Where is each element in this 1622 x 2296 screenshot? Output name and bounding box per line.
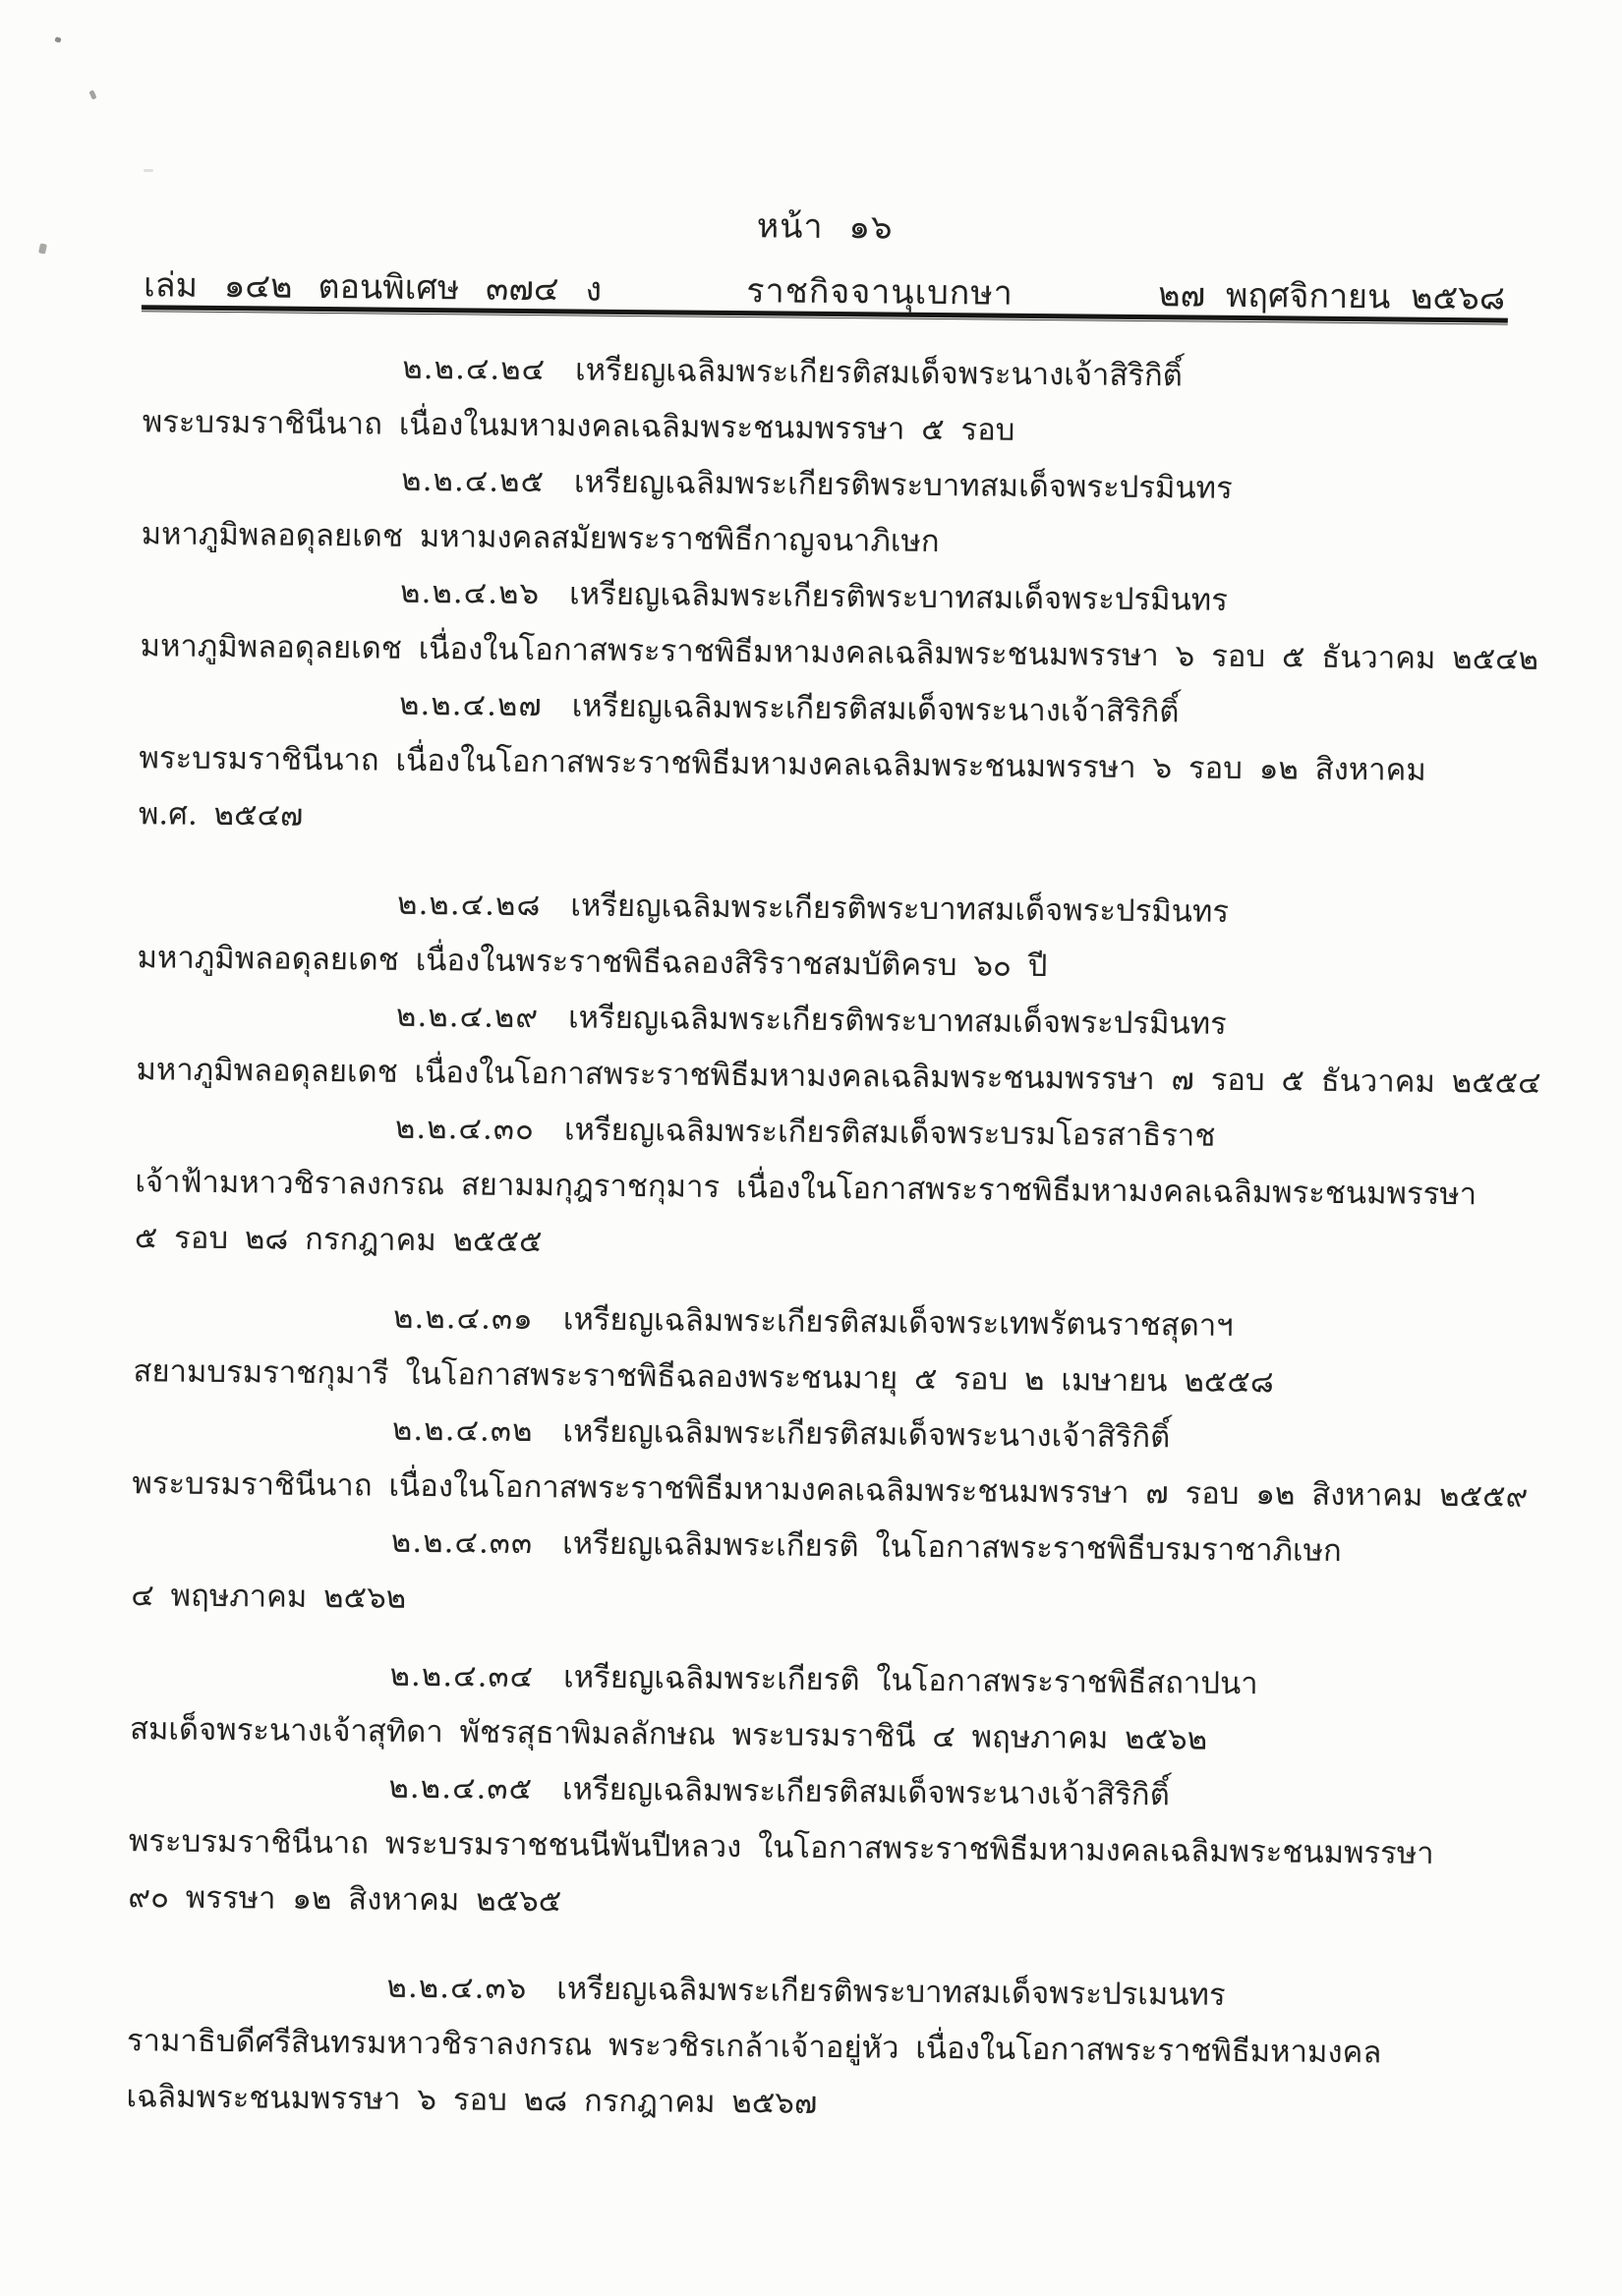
- item-text: เหรียญเฉลิมพระเกียรติพระบาทสมเด็จพระปรมิ…: [574, 464, 1233, 505]
- item-number: ๒.๒.๔.๓๒: [392, 1412, 534, 1449]
- medal-item-2-2-4-34: ๒.๒.๔.๓๔เหรียญเฉลิมพระเกียรติ ในโอกาสพระ…: [130, 1645, 1507, 1770]
- item-number: ๒.๒.๔.๒๙: [396, 999, 539, 1035]
- item-text: เหรียญเฉลิมพระเกียรติพระบาทสมเด็จพระปรมิ…: [568, 1000, 1227, 1041]
- page-number-label: หน้า ๑๖: [145, 193, 1506, 258]
- item-text: เหรียญเฉลิมพระเกียรติสมเด็จพระนางเจ้าสิร…: [575, 352, 1183, 393]
- medal-item-2-2-4-24: ๒.๒.๔.๒๔เหรียญเฉลิมพระเกียรติสมเด็จพระนา…: [143, 338, 1520, 463]
- medal-item-2-2-4-36: ๒.๒.๔.๓๖เหรียญเฉลิมพระเกียรติพระบาทสมเด็…: [126, 1957, 1504, 2138]
- scanned-page: หน้า ๑๖ เล่ม ๑๔๒ตอนพิเศษ ๓๗๔ ง ราชกิจจาน…: [0, 0, 1622, 2296]
- item-text: เหรียญเฉลิมพระเกียรติสมเด็จพระเทพรัตนราช…: [563, 1301, 1234, 1344]
- scan-speck: [88, 89, 96, 99]
- medal-item-2-2-4-31: ๒.๒.๔.๓๑เหรียญเฉลิมพระเกียรติสมเด็จพระเท…: [133, 1288, 1510, 1412]
- gazette-header: หน้า ๑๖ เล่ม ๑๔๒ตอนพิเศษ ๓๗๔ ง ราชกิจจาน…: [144, 193, 1506, 323]
- item-number: ๒.๒.๔.๓๐: [395, 1111, 535, 1147]
- medal-item-2-2-4-28: ๒.๒.๔.๒๘เหรียญเฉลิมพระเกียรติพระบาทสมเด็…: [137, 874, 1514, 999]
- item-text: เหรียญเฉลิมพระเกียรติสมเด็จพระนางเจ้าสิร…: [572, 688, 1180, 729]
- item-number: ๒.๒.๔.๒๕: [401, 463, 545, 499]
- item-number: ๒.๒.๔.๒๗: [399, 687, 543, 723]
- item-text: เหรียญเฉลิมพระเกียรติสมเด็จพระนางเจ้าสิร…: [562, 1413, 1170, 1455]
- section-label: ตอนพิเศษ ๓๗๔ ง: [318, 267, 602, 310]
- page-content: หน้า ๑๖ เล่ม ๑๔๒ตอนพิเศษ ๓๗๔ ง ราชกิจจาน…: [2, 0, 1622, 15]
- medal-item-2-2-4-26: ๒.๒.๔.๒๖เหรียญเฉลิมพระเกียรติพระบาทสมเด็…: [140, 562, 1517, 687]
- item-text: เหรียญเฉลิมพระเกียรติ ในโอกาสพระราชพิธีบ…: [562, 1525, 1342, 1569]
- item-number: ๒.๒.๔.๓๓: [391, 1524, 534, 1561]
- item-text: เหรียญเฉลิมพระเกียรติ ในโอกาสพระราชพิธีส…: [563, 1659, 1258, 1701]
- item-number: ๒.๒.๔.๓๔: [389, 1658, 534, 1694]
- item-text: เหรียญเฉลิมพระเกียรติสมเด็จพระบรมโอรสาธิ…: [564, 1112, 1216, 1153]
- item-number: ๒.๒.๔.๓๑: [393, 1300, 534, 1337]
- volume-label: เล่ม ๑๔๒: [144, 265, 293, 306]
- medal-item-2-2-4-27: ๒.๒.๔.๒๗เหรียญเฉลิมพระเกียรติสมเด็จพระนา…: [139, 674, 1517, 855]
- item-number: ๒.๒.๔.๒๔: [402, 351, 546, 387]
- medal-item-2-2-4-25: ๒.๒.๔.๒๕เหรียญเฉลิมพระเกียรติพระบาทสมเด็…: [141, 450, 1518, 575]
- medal-item-2-2-4-32: ๒.๒.๔.๓๒เหรียญเฉลิมพระเกียรติสมเด็จพระนา…: [132, 1400, 1509, 1524]
- item-number: ๒.๒.๔.๒๘: [397, 887, 542, 923]
- item-text: เหรียญเฉลิมพระเกียรติสมเด็จพระนางเจ้าสิร…: [562, 1771, 1170, 1812]
- medal-item-2-2-4-35: ๒.๒.๔.๓๕เหรียญเฉลิมพระเกียรติสมเด็จพระนา…: [128, 1757, 1506, 1938]
- item-number: ๒.๒.๔.๓๖: [386, 1970, 527, 2006]
- medal-item-2-2-4-33: ๒.๒.๔.๓๓เหรียญเฉลิมพระเกียรติ ในโอกาสพระ…: [131, 1512, 1508, 1636]
- item-text: เหรียญเฉลิมพระเกียรติพระบาทสมเด็จพระปรมิ…: [569, 576, 1228, 617]
- item-number: ๒.๒.๔.๓๕: [388, 1770, 533, 1807]
- item-number: ๒.๒.๔.๒๖: [400, 575, 540, 611]
- scan-speck: [144, 169, 153, 172]
- medal-item-2-2-4-30: ๒.๒.๔.๓๐เหรียญเฉลิมพระเกียรติสมเด็จพระบร…: [135, 1098, 1513, 1279]
- item-text: เหรียญเฉลิมพระเกียรติพระบาทสมเด็จพระปรเม…: [556, 1971, 1226, 2013]
- scan-speck: [38, 243, 47, 254]
- document-body: ๒.๒.๔.๒๔เหรียญเฉลิมพระเกียรติสมเด็จพระนา…: [126, 338, 1519, 2138]
- scan-speck: [54, 36, 61, 43]
- medal-item-2-2-4-29: ๒.๒.๔.๒๙เหรียญเฉลิมพระเกียรติพระบาทสมเด็…: [136, 986, 1513, 1111]
- item-text: เหรียญเฉลิมพระเกียรติพระบาทสมเด็จพระปรมิ…: [570, 888, 1229, 929]
